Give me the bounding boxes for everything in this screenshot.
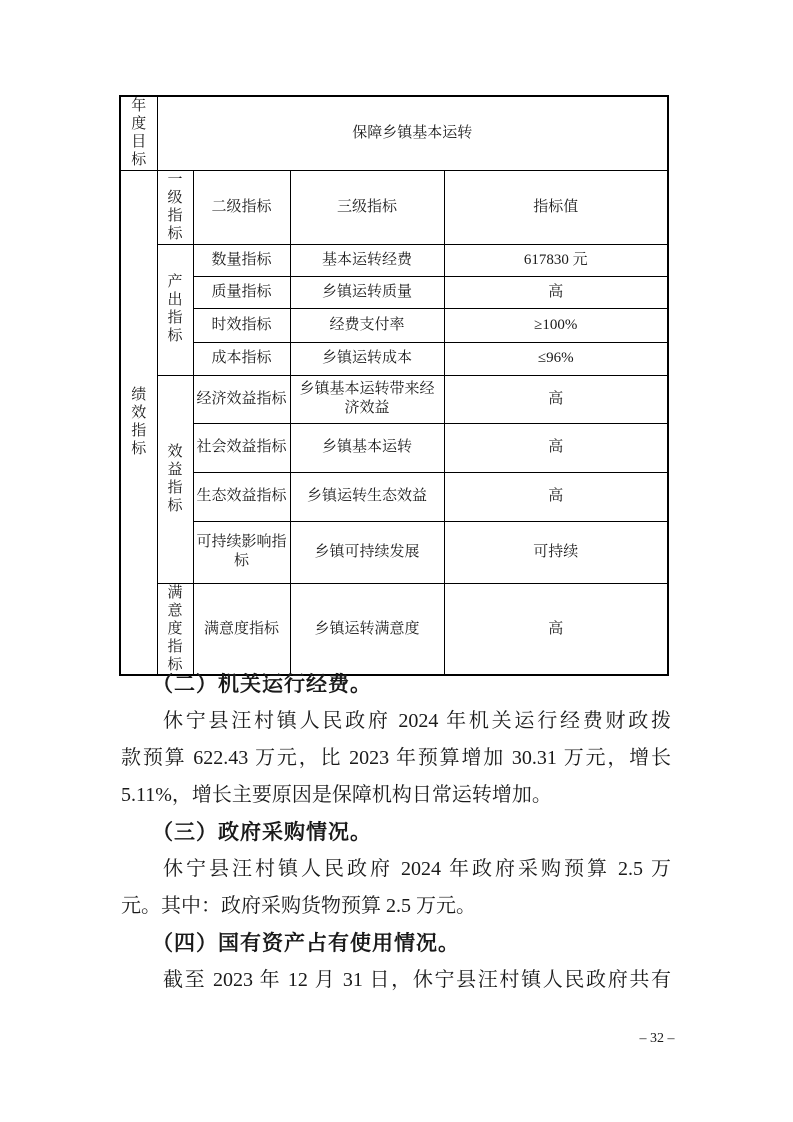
paragraph-line: 款预算 622.43 万元，比 2023 年预算增加 30.31 万元，增长 — [121, 740, 671, 777]
value-cell: 高 — [444, 423, 668, 472]
value-cell: ≥100% — [444, 308, 668, 342]
level2-cell: 满意度指标 — [193, 583, 290, 675]
level2-cell: 经济效益指标 — [193, 375, 290, 423]
paragraph-line: 5.11%，增长主要原因是保障机构日常运转增加。 — [121, 777, 671, 814]
table-row: 可持续影响指标 乡镇可持续发展 可持续 — [120, 521, 668, 583]
page-number: – 32 – — [601, 1028, 713, 1050]
table-row: 成本指标 乡镇运转成本 ≤96% — [120, 342, 668, 375]
body-text: （二）机关运行经费。 休宁县汪村镇人民政府 2024 年机关运行经费财政拨 款预… — [121, 666, 671, 999]
level2-cell: 时效指标 — [193, 308, 290, 342]
level3-cell: 乡镇运转满意度 — [290, 583, 444, 675]
level3-cell: 乡镇基本运转带来经济效益 — [290, 375, 444, 423]
annual-goal-header-cell: 年度目标 — [120, 96, 157, 170]
value-cell: 高 — [444, 583, 668, 675]
level3-cell: 基本运转经费 — [290, 244, 444, 276]
output-group-label: 产出指标 — [166, 273, 183, 345]
paragraph-line: 休宁县汪村镇人民政府 2024 年机关运行经费财政拨 — [121, 703, 671, 740]
table-row: 满意度指标 满意度指标 乡镇运转满意度 高 — [120, 583, 668, 675]
annual-goal-value-cell: 保障乡镇基本运转 — [157, 96, 668, 170]
level3-cell: 乡镇运转生态效益 — [290, 472, 444, 521]
performance-indicators-table: 年度目标 保障乡镇基本运转 绩效指标 一级指标 二级指标 三级指标 指标值 产出… — [119, 95, 669, 676]
performance-header-label: 绩效指标 — [130, 386, 147, 458]
paragraph-line: 休宁县汪村镇人民政府 2024 年政府采购预算 2.5 万 — [121, 851, 671, 888]
level3-cell: 乡镇运转质量 — [290, 276, 444, 308]
value-cell: 高 — [444, 375, 668, 423]
level2-column-header: 二级指标 — [193, 170, 290, 244]
table-row: 效益指标 经济效益指标 乡镇基本运转带来经济效益 高 — [120, 375, 668, 423]
value-cell: 可持续 — [444, 521, 668, 583]
satisfaction-group-label: 满意度指标 — [166, 584, 183, 674]
value-cell: 高 — [444, 472, 668, 521]
benefit-group-label: 效益指标 — [166, 443, 183, 515]
value-cell: 617830 元 — [444, 244, 668, 276]
level3-cell: 乡镇运转成本 — [290, 342, 444, 375]
table-row: 产出指标 数量指标 基本运转经费 617830 元 — [120, 244, 668, 276]
value-column-header: 指标值 — [444, 170, 668, 244]
level3-cell: 经费支付率 — [290, 308, 444, 342]
paragraph-line: 元。其中：政府采购货物预算 2.5 万元。 — [121, 888, 671, 925]
satisfaction-group-cell: 满意度指标 — [157, 583, 193, 675]
table-row: 生态效益指标 乡镇运转生态效益 高 — [120, 472, 668, 521]
benefit-group-cell: 效益指标 — [157, 375, 193, 583]
output-group-cell: 产出指标 — [157, 244, 193, 375]
level1-column-header-cell: 一级指标 — [157, 170, 193, 244]
level3-column-header: 三级指标 — [290, 170, 444, 244]
table-row: 时效指标 经费支付率 ≥100% — [120, 308, 668, 342]
performance-header-cell: 绩效指标 — [120, 170, 157, 675]
level2-cell: 质量指标 — [193, 276, 290, 308]
table-row: 质量指标 乡镇运转质量 高 — [120, 276, 668, 308]
level2-cell: 数量指标 — [193, 244, 290, 276]
level2-cell: 可持续影响指标 — [193, 521, 290, 583]
value-cell: 高 — [444, 276, 668, 308]
level2-cell: 社会效益指标 — [193, 423, 290, 472]
document-page: { "colors": { "background": "#ffffff", "… — [0, 0, 793, 1122]
level3-cell: 乡镇基本运转 — [290, 423, 444, 472]
level1-column-header: 一级指标 — [166, 171, 183, 243]
value-cell: ≤96% — [444, 342, 668, 375]
table-row: 社会效益指标 乡镇基本运转 高 — [120, 423, 668, 472]
level2-cell: 生态效益指标 — [193, 472, 290, 521]
section-heading: （四）国有资产占有使用情况。 — [121, 925, 671, 962]
annual-goal-label: 年度目标 — [130, 97, 147, 169]
paragraph-line: 截至 2023 年 12 月 31 日，休宁县汪村镇人民政府共有 — [121, 962, 671, 999]
level3-cell: 乡镇可持续发展 — [290, 521, 444, 583]
section-heading: （二）机关运行经费。 — [121, 666, 671, 703]
section-heading: （三）政府采购情况。 — [121, 814, 671, 851]
level2-cell: 成本指标 — [193, 342, 290, 375]
